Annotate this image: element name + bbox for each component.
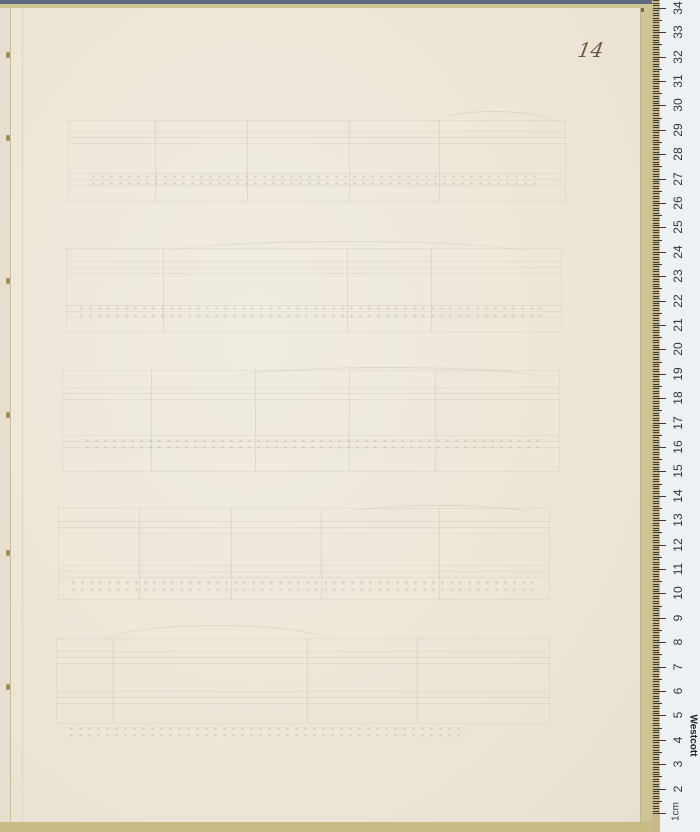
ruler-tick [653, 801, 662, 802]
ruler-tick [653, 615, 659, 616]
ruler-tick [653, 381, 659, 382]
ruler-tick [653, 81, 666, 82]
faint-staff-system-3 [62, 370, 560, 472]
ruler-tick [653, 476, 659, 477]
ruler-label: 14 [671, 484, 685, 508]
ruler-tick [653, 171, 659, 172]
ruler-tick [653, 452, 659, 453]
ruler-tick [653, 730, 659, 731]
ruler-tick [653, 230, 659, 231]
ruler-tick [653, 301, 666, 302]
ruler-tick [653, 83, 659, 84]
ruler-label: 34 [671, 0, 685, 20]
ruler-tick [653, 98, 659, 99]
ruler-tick [653, 357, 659, 358]
ruler-tick [653, 37, 659, 38]
ruler-tick [653, 208, 659, 209]
ruler-tick [653, 679, 662, 680]
ruler-tick [653, 808, 659, 809]
ruler-tick [653, 581, 662, 582]
ruler-tick [653, 332, 659, 333]
ruler-tick [653, 813, 666, 814]
ruler-tick [653, 540, 659, 541]
ruler-tick [653, 223, 659, 224]
ruler-tick [653, 779, 659, 780]
ruler-label: 28 [671, 142, 685, 166]
ruler-tick [653, 625, 659, 626]
ruler-tick [653, 271, 659, 272]
ruler-tick [653, 693, 659, 694]
ruler-tick [653, 147, 659, 148]
ruler-label: 23 [671, 264, 685, 288]
ruler-tick [653, 759, 659, 760]
stitch-mark [6, 135, 10, 141]
ruler-tick [653, 491, 659, 492]
ruler-tick [653, 5, 659, 6]
ruler-tick [653, 303, 659, 304]
ruler-tick [653, 284, 659, 285]
ruler-tick [653, 252, 666, 253]
ruler-tick [653, 305, 659, 306]
ruler-tick [653, 225, 659, 226]
ruler-tick [653, 35, 659, 36]
ruler-tick [653, 369, 659, 370]
ruler-label: 26 [671, 191, 685, 215]
ruler-tick [653, 349, 666, 350]
ruler-tick [653, 430, 659, 431]
ruler-tick [653, 242, 659, 243]
ruler-tick [653, 698, 659, 699]
ruler-tick [653, 310, 659, 311]
ruler-tick [653, 22, 659, 23]
ruler-tick [653, 196, 659, 197]
ruler-tick [653, 88, 659, 89]
ruler-tick [653, 571, 659, 572]
ruler-tick [653, 237, 659, 238]
ruler-tick [653, 767, 659, 768]
ruler-tick [653, 445, 659, 446]
ruler-tick [653, 425, 659, 426]
ruler-label: 31 [671, 69, 685, 93]
ruler-tick [653, 127, 659, 128]
ruler-tick [653, 101, 659, 102]
ruler-tick [653, 42, 659, 43]
ruler-tick [653, 449, 659, 450]
ruler-tick [653, 776, 662, 777]
ruler-tick [653, 179, 666, 180]
ruler-tick [653, 257, 659, 258]
ruler-tick [653, 308, 659, 309]
ruler-tick [653, 137, 659, 138]
ruler-tick [653, 220, 659, 221]
ruler-tick [653, 752, 662, 753]
ruler-tick [653, 410, 662, 411]
ruler-tick [653, 18, 659, 19]
ruler-tick [653, 754, 659, 755]
ruler-tick [653, 276, 666, 277]
ruler-tick [653, 120, 659, 121]
ruler-tick [653, 398, 666, 399]
ruler-tick [653, 274, 659, 275]
ruler-tick [653, 96, 659, 97]
ruler-tick [653, 213, 659, 214]
ruler-label: 5 [671, 703, 685, 727]
ruler-tick [653, 10, 659, 11]
ruler-tick [653, 320, 659, 321]
ruler-label: 7 [671, 655, 685, 679]
ruler-tick [653, 703, 662, 704]
ruler-tick [653, 437, 659, 438]
ruler-tick [653, 715, 666, 716]
ruler-tick [653, 298, 659, 299]
ruler-tick [653, 157, 659, 158]
ruler-tick [653, 657, 659, 658]
ruler-tick [653, 554, 659, 555]
ruler-tick [653, 532, 662, 533]
ruler-tick [653, 188, 659, 189]
ruler-tick [653, 464, 659, 465]
ruler-tick [653, 193, 659, 194]
ruler-tick [653, 210, 659, 211]
ruler-tick [653, 335, 659, 336]
ruler-tick [653, 54, 659, 55]
stitch-mark [6, 52, 10, 58]
ruler-tick [653, 108, 659, 109]
ruler-tick [653, 359, 659, 360]
ruler-tick [653, 745, 659, 746]
ruler-tick [653, 259, 659, 260]
ruler-tick [653, 793, 659, 794]
ruler-tick [653, 528, 659, 529]
ruler-tick [653, 152, 659, 153]
ruler-tick [653, 757, 659, 758]
ruler-tick [653, 266, 659, 267]
ruler-tick [653, 564, 659, 565]
ruler-tick [653, 506, 659, 507]
ruler-tick [653, 462, 659, 463]
ruler-tick [653, 623, 659, 624]
ruler-label: 11 [671, 557, 685, 581]
ruler-tick [653, 728, 662, 729]
ruler-tick [653, 586, 659, 587]
ruler-tick [653, 74, 659, 75]
ruler-tick [653, 598, 659, 599]
ruler-tick [653, 176, 659, 177]
ruler-tick [653, 57, 666, 58]
ruler-tick [653, 186, 659, 187]
ruler-tick [653, 762, 659, 763]
ruler-tick [653, 684, 659, 685]
ruler-tick [653, 659, 659, 660]
ruler-tick [653, 772, 659, 773]
ruler-tick [653, 264, 662, 265]
page-gutter-line [22, 8, 23, 822]
ruler-tick [653, 603, 659, 604]
ruler-tick [653, 467, 659, 468]
ruler-tick [653, 447, 666, 448]
ruler-label: 33 [671, 20, 685, 44]
ruler-tick [653, 115, 659, 116]
ruler-tick [653, 442, 659, 443]
ruler-tick [653, 740, 666, 741]
ruler-tick [653, 613, 659, 614]
ruler-tick [653, 435, 662, 436]
ruler-tick [653, 293, 659, 294]
ruler-tick [653, 47, 659, 48]
ruler-tick [653, 645, 659, 646]
ruler-tick [653, 569, 666, 570]
ruler-tick [653, 593, 666, 594]
ruler-tick [653, 113, 659, 114]
ruler-tick [653, 164, 659, 165]
ruler-tick [653, 549, 659, 550]
ruler-tick [653, 501, 659, 502]
ruler-label: 29 [671, 118, 685, 142]
ruler-tick [653, 637, 659, 638]
ruler-tick [653, 330, 659, 331]
ruler-tick [653, 784, 659, 785]
ruler-tick [653, 579, 659, 580]
ruler-unit-label: 1cm [671, 800, 682, 824]
ruler-tick [653, 537, 659, 538]
ruler-tick [653, 610, 659, 611]
ruler-tick [653, 205, 659, 206]
ruler-tick [653, 159, 659, 160]
ruler-tick [653, 140, 659, 141]
ruler-tick [653, 764, 666, 765]
ruler-tick [653, 652, 659, 653]
faint-staff-system-1 [68, 120, 566, 202]
ruler-tick [653, 559, 659, 560]
ruler-tick [653, 281, 659, 282]
ruler-tick [653, 166, 662, 167]
ruler-tick [653, 218, 659, 219]
ruler-tick [653, 750, 659, 751]
ruler-tick [653, 471, 666, 472]
manuscript-page: 14 [0, 8, 641, 823]
ruler-tick [653, 774, 659, 775]
ruler-tick [653, 781, 659, 782]
ruler-tick [653, 642, 666, 643]
ruler-tick [653, 503, 659, 504]
ruler-tick [653, 469, 659, 470]
ruler-tick [653, 713, 659, 714]
ruler-tick [653, 386, 662, 387]
ruler-tick [653, 318, 659, 319]
ruler-tick [653, 676, 659, 677]
ruler-tick [653, 364, 659, 365]
ruler-label: 19 [671, 362, 685, 386]
ruler-tick [653, 486, 659, 487]
ruler-tick [653, 769, 659, 770]
ruler-tick [653, 71, 659, 72]
ruler-tick [653, 737, 659, 738]
ruler-tick [653, 227, 666, 228]
ruler-tick [653, 811, 659, 812]
ruler-tick [653, 650, 659, 651]
ruler-tick [653, 376, 659, 377]
ruler-tick [653, 91, 659, 92]
ruler-label: 3 [671, 752, 685, 776]
ruler-tick [653, 440, 659, 441]
ruler-tick [653, 725, 659, 726]
ruler-tick [653, 286, 659, 287]
ruler-tick [653, 474, 659, 475]
ruler-tick [653, 423, 666, 424]
ruler-tick [653, 8, 666, 9]
stitch-mark [6, 550, 10, 556]
ruler-tick [653, 557, 662, 558]
ruler-tick [653, 15, 659, 16]
ruler-tick [653, 362, 662, 363]
ruler-tick [653, 244, 659, 245]
ruler-tick [653, 291, 659, 292]
ruler-tick [653, 105, 666, 106]
ruler-label: 6 [671, 679, 685, 703]
ruler-label: 24 [671, 240, 685, 264]
ruler-tick [653, 664, 659, 665]
stitch-mark [6, 412, 10, 418]
ruler-tick [653, 535, 659, 536]
ruler-tick [653, 232, 659, 233]
ruler-tick [653, 52, 659, 53]
ruler-tick [653, 110, 659, 111]
ruler-tick [653, 69, 662, 70]
ruler-label: 25 [671, 215, 685, 239]
ruler-label: 20 [671, 337, 685, 361]
ruler-tick [653, 401, 659, 402]
ruler-tick [653, 589, 659, 590]
faint-staff-system-2 [66, 248, 562, 332]
ruler-tick [653, 747, 659, 748]
ruler-tick [653, 525, 659, 526]
ruler-tick [653, 40, 659, 41]
ruler-tick [653, 183, 659, 184]
ruler-tick [653, 337, 662, 338]
ruler-tick [653, 66, 659, 67]
ruler-tick [653, 352, 659, 353]
ruler-tick [653, 59, 659, 60]
ruler-tick [653, 691, 666, 692]
ruler-tick [653, 279, 659, 280]
ruler-tick [653, 723, 659, 724]
ruler-tick [653, 64, 659, 65]
ruler-label: 32 [671, 45, 685, 69]
ruler-tick [653, 618, 666, 619]
ruler-tick [653, 174, 659, 175]
ruler-tick [653, 388, 659, 389]
ruler-tick [653, 403, 659, 404]
ruler-label: 17 [671, 411, 685, 435]
ruler-label: 8 [671, 630, 685, 654]
ruler-tick [653, 708, 659, 709]
ruler-tick [653, 418, 659, 419]
ruler-tick [653, 635, 659, 636]
ruler-tick [653, 296, 659, 297]
ruler-tick [653, 93, 662, 94]
ruler-tick [653, 103, 659, 104]
ruler-tick [653, 247, 659, 248]
ruler-tick [653, 142, 662, 143]
ruler-tick [653, 384, 659, 385]
ruler-label: 21 [671, 313, 685, 337]
ruler-tick [653, 149, 659, 150]
ruler-label: 16 [671, 435, 685, 459]
ruler-tick [653, 379, 659, 380]
ruler-tick [653, 130, 666, 131]
ruler-tick [653, 406, 659, 407]
ruler-tick [653, 459, 662, 460]
ruler-tick [653, 122, 659, 123]
ruler-tick [653, 391, 659, 392]
stitch-mark [6, 684, 10, 690]
ruler-tick [653, 162, 659, 163]
ruler-tick [653, 201, 659, 202]
ruler-tick [653, 340, 659, 341]
ruler-tick [653, 347, 659, 348]
ruler-tick [653, 249, 659, 250]
ruler-tick [653, 732, 659, 733]
ruler-label: 10 [671, 581, 685, 605]
ruler-tick [653, 76, 659, 77]
ruler-label: 22 [671, 289, 685, 313]
ruler-tick [653, 125, 659, 126]
ruler-tick [653, 669, 659, 670]
ruler-tick [653, 366, 659, 367]
ruler-label: 2 [671, 777, 685, 801]
ruler-tick [653, 701, 659, 702]
ruler-tick [653, 542, 659, 543]
ruler-tick [653, 454, 659, 455]
ruler-tick [653, 32, 666, 33]
ruler-tick [653, 552, 659, 553]
ruler-tick [653, 420, 659, 421]
ruler-tick [653, 671, 659, 672]
ruler-tick [653, 79, 659, 80]
ruler-tick [653, 711, 659, 712]
ruler-tick [653, 0, 659, 1]
ruler-tick [653, 457, 659, 458]
ruler-tick [653, 27, 659, 28]
ruler-tick [653, 345, 659, 346]
ruler-tick [653, 254, 659, 255]
ruler-tick [653, 513, 659, 514]
ruler-tick [653, 325, 666, 326]
ruler-tick [653, 493, 659, 494]
ruler-tick [653, 567, 659, 568]
ruler-tick [653, 545, 666, 546]
ruler-tick [653, 647, 659, 648]
ruler-tick [653, 144, 659, 145]
ruler-tick [653, 786, 659, 787]
ruler-label: 18 [671, 386, 685, 410]
ruler-tick [653, 396, 659, 397]
ruler-tick [653, 596, 659, 597]
ruler-tick [653, 371, 659, 372]
ruler-tick [653, 118, 662, 119]
ruler-tick [653, 689, 659, 690]
ruler-tick [653, 601, 659, 602]
ruler-tick [653, 415, 659, 416]
ruler-tick [653, 720, 659, 721]
ruler-tick [653, 488, 659, 489]
ruler-tick [653, 198, 659, 199]
ruler-tick [653, 327, 659, 328]
ruler-tick [653, 240, 662, 241]
ruler-tick [653, 608, 659, 609]
ruler-brand: Westcott [688, 714, 699, 756]
ruler-tick [653, 3, 659, 4]
